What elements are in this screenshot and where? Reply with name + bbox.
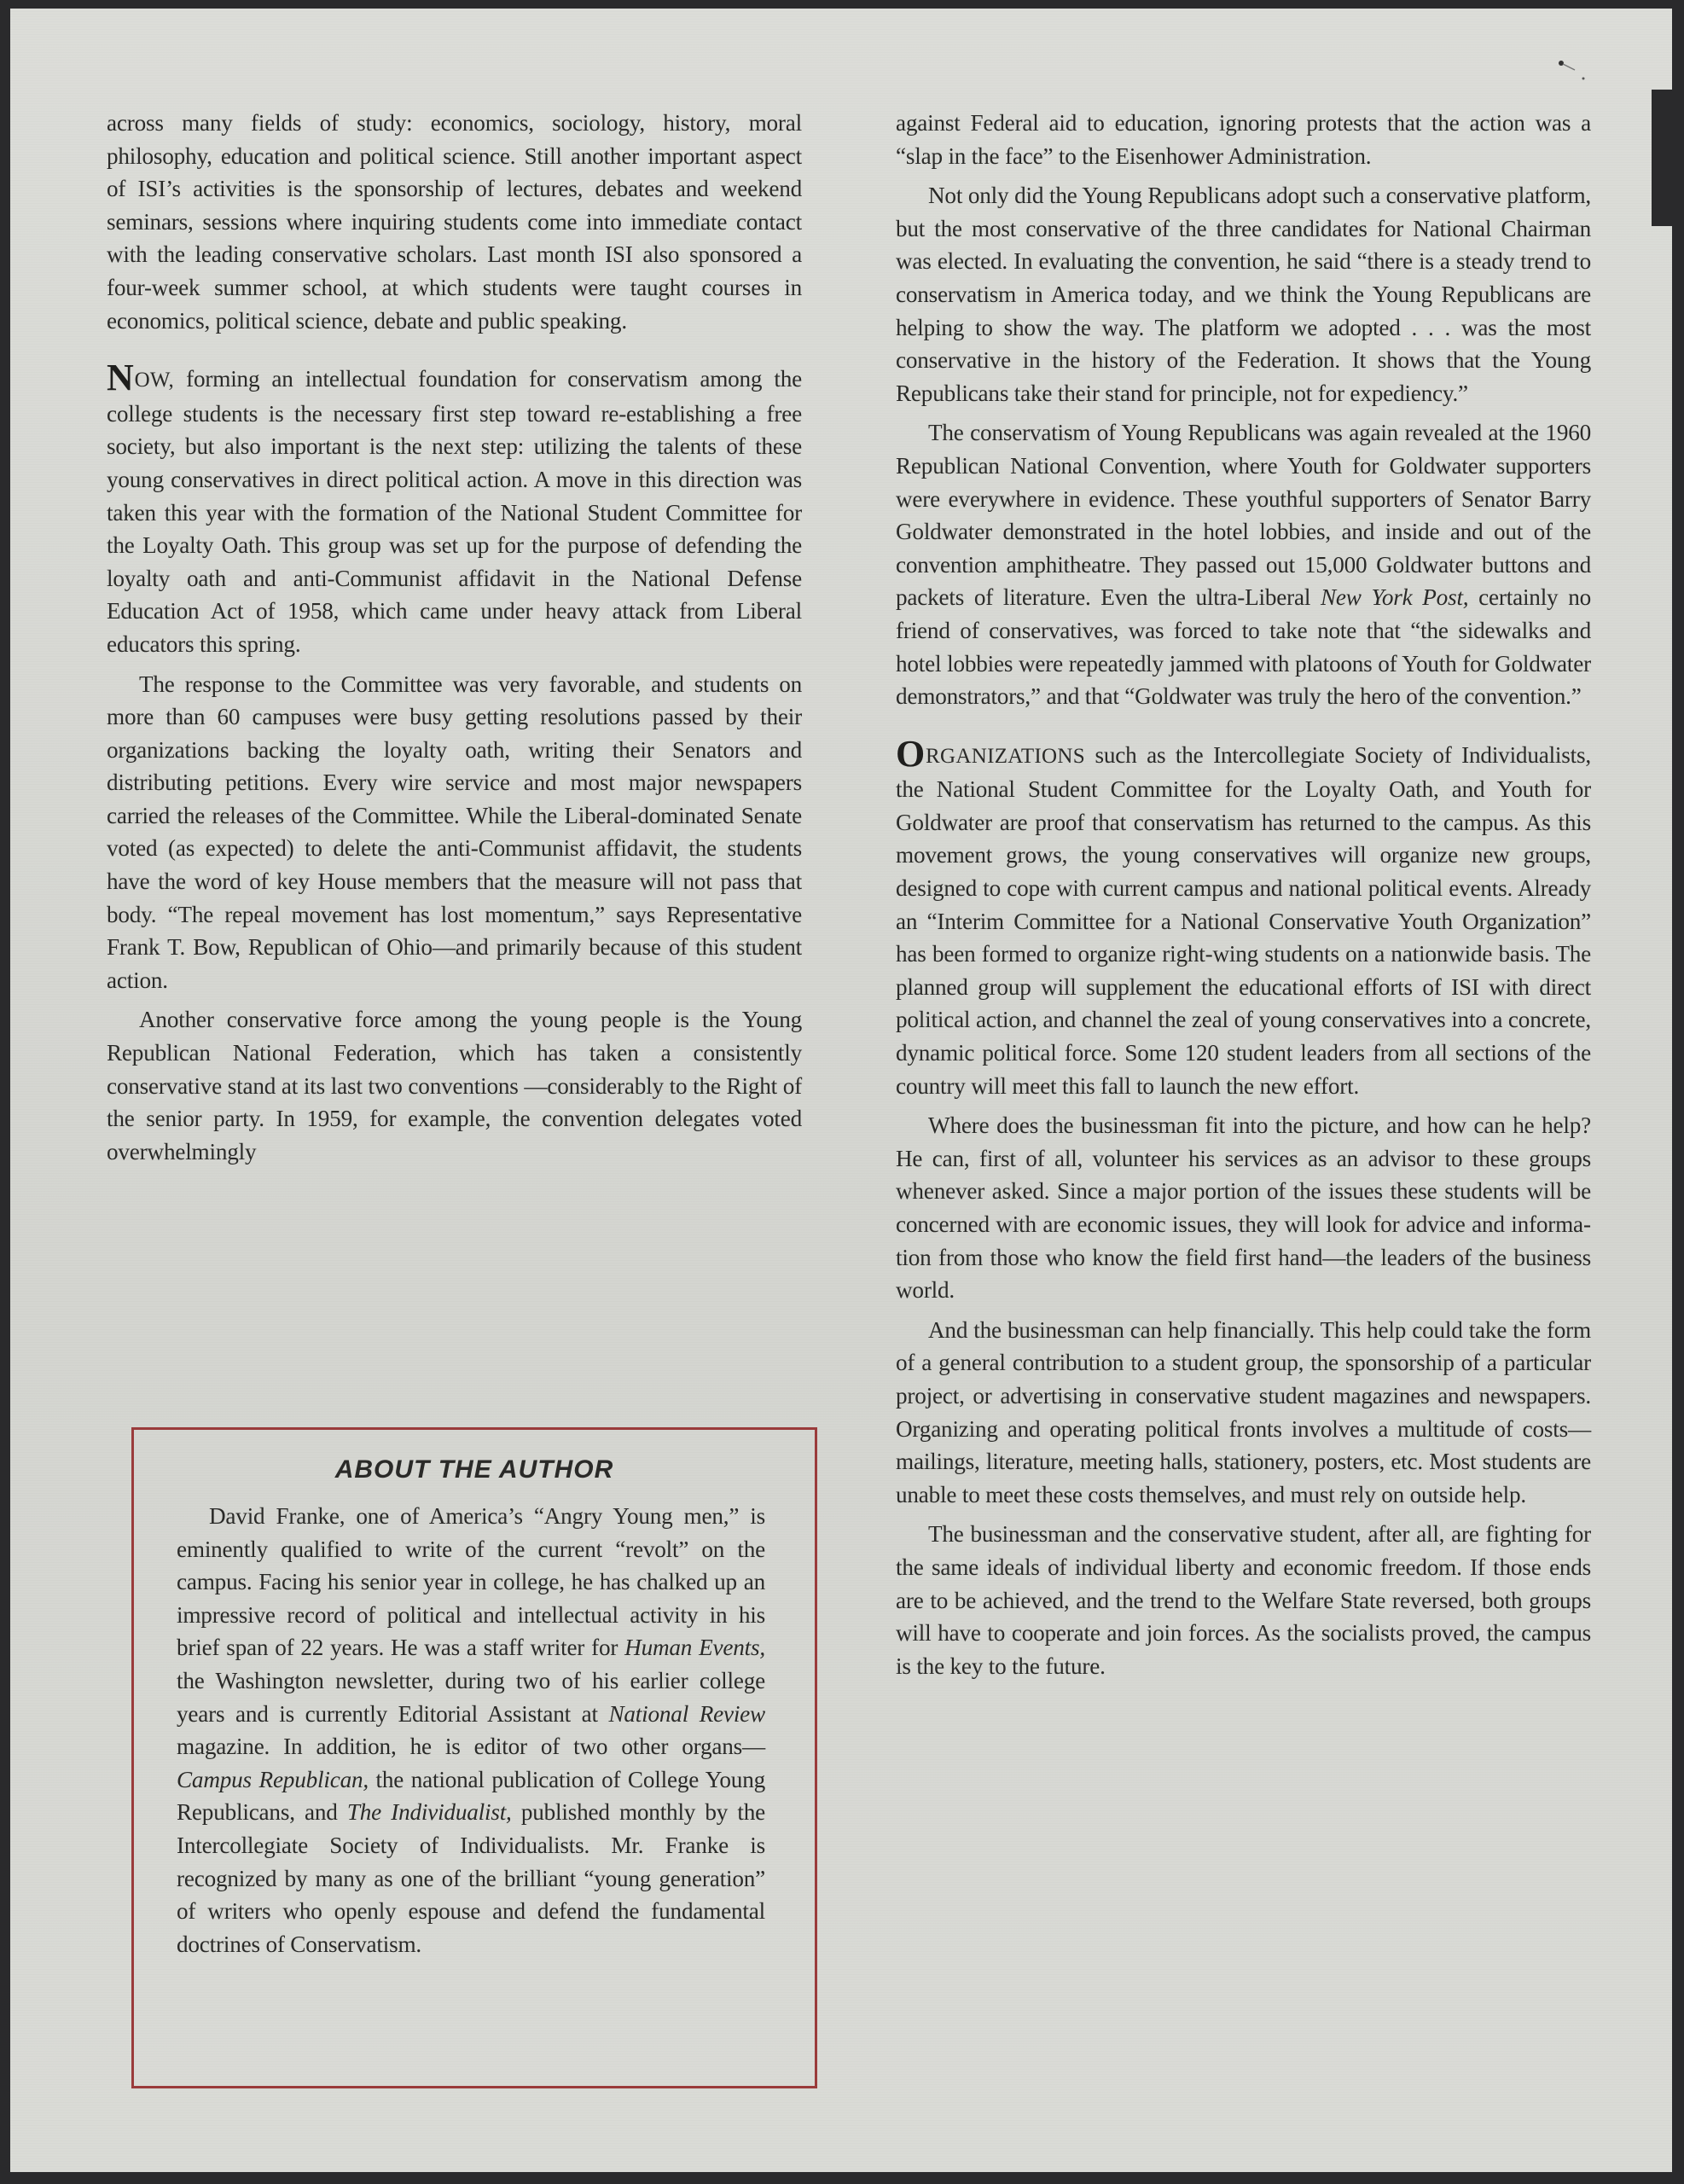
paragraph-young-republicans: Another conservative force among the you… bbox=[107, 1003, 802, 1168]
paragraph-isi-activities: across many fields of study: economics, … bbox=[107, 107, 802, 337]
publication-title-the-individualist: The Individualist, bbox=[347, 1799, 512, 1825]
paragraph-conclusion: The businessman and the conservative stu… bbox=[896, 1518, 1591, 1682]
paragraph-businessman-role: Where does the businessman fit into the … bbox=[896, 1109, 1591, 1307]
publication-title-new-york-post: New York Post, bbox=[1321, 584, 1468, 610]
publication-title-human-events: Human Events, bbox=[624, 1635, 765, 1660]
drop-cap-n: N bbox=[107, 357, 134, 398]
paper-blemish-mark bbox=[1554, 58, 1588, 84]
paragraph-1960-convention: The conservatism of Young Republicans wa… bbox=[896, 416, 1591, 712]
paragraph-text: The conservatism of Young Republicans wa… bbox=[896, 420, 1591, 610]
paragraph-financial-help: And the businessman can help financially… bbox=[896, 1314, 1591, 1512]
author-bio: David Franke, one of America’s “Angry Yo… bbox=[177, 1500, 765, 1960]
paragraph-organizations: ORGANIZATIONS such as the Intercollegiat… bbox=[896, 739, 1591, 1103]
about-the-author-box: ABOUT THE AUTHOR David Franke, one of Am… bbox=[131, 1427, 817, 2088]
publication-title-national-review: National Review bbox=[608, 1701, 765, 1727]
small-caps-lead: OW, bbox=[135, 369, 175, 392]
bio-text: magazine. In addition, he is editor of t… bbox=[177, 1734, 765, 1759]
small-caps-lead: RGANIZATIONS bbox=[926, 745, 1085, 768]
left-column: across many fields of study: economics, … bbox=[107, 107, 802, 1168]
document-page: across many fields of study: economics, … bbox=[10, 9, 1672, 2172]
paragraph-platform: Not only did the Young Republicans adopt… bbox=[896, 179, 1591, 409]
paragraph-committee-response: The response to the Committee was very f… bbox=[107, 668, 802, 997]
paragraph-text: forming an intellectual foundation for c… bbox=[107, 366, 802, 657]
right-column: against Federal aid to education, ignori… bbox=[896, 107, 1591, 1682]
about-the-author-heading: ABOUT THE AUTHOR bbox=[134, 1455, 815, 1484]
paragraph-text: such as the Intercollegiate Society of I… bbox=[896, 742, 1591, 1099]
drop-cap-o: O bbox=[896, 733, 925, 775]
publication-title-campus-republican: Campus Repub­lican, bbox=[177, 1767, 369, 1792]
paragraph-now-forming: NOW, forming an intellectual foundation … bbox=[107, 363, 802, 660]
paragraph-federal-aid: against Federal aid to education, ignori… bbox=[896, 107, 1591, 172]
